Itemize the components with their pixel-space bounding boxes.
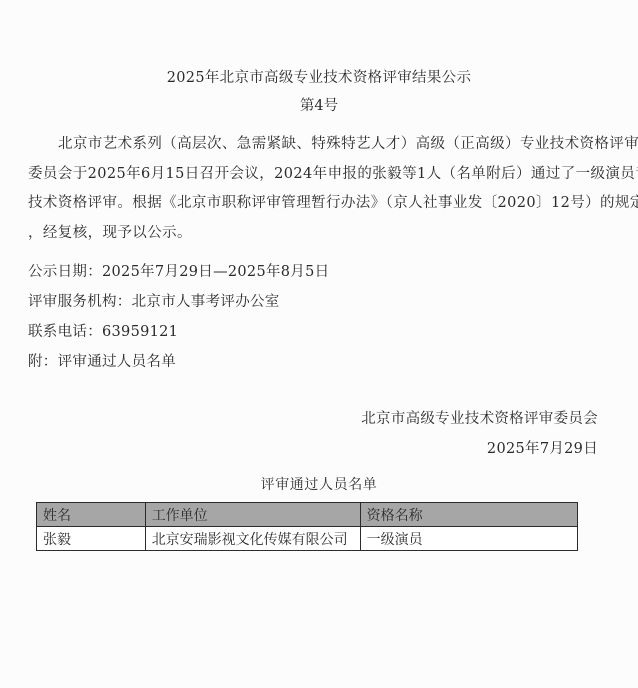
roster-table: 姓名 工作单位 资格名称 张毅 北京安瑞影视文化传媒有限公司 一级演员 <box>36 502 578 551</box>
announcement-body: 北京市艺术系列（高层次、急需紧缺、特殊特艺人才）高级（正高级）专业技术资格评审 … <box>28 130 600 248</box>
body-line: 北京市艺术系列（高层次、急需紧缺、特殊特艺人才）高级（正高级）专业技术资格评审 <box>28 130 600 160</box>
service-agency: 评审服务机构：北京市人事考评办公室 <box>28 290 280 311</box>
body-line: 技术资格评审。根据《北京市职称评审管理暂行办法》（京人社事业发〔2020〕12号… <box>28 189 600 219</box>
column-header-qualification: 资格名称 <box>360 503 577 527</box>
table-header-row: 姓名 工作单位 资格名称 <box>37 503 578 527</box>
roster-caption: 评审通过人员名单 <box>0 474 638 494</box>
signature-date: 2025年7月29日 <box>487 437 598 458</box>
column-header-employer: 工作单位 <box>145 503 360 527</box>
document-number: 第4号 <box>0 94 638 115</box>
document-title: 2025年北京市高级专业技术资格评审结果公示 <box>0 66 638 87</box>
announcement-page: 2025年北京市高级专业技术资格评审结果公示 第4号 北京市艺术系列（高层次、急… <box>0 0 638 688</box>
column-header-name: 姓名 <box>37 503 146 527</box>
publicity-period: 公示日期：2025年7月29日—2025年8月5日 <box>28 260 329 281</box>
table-row: 张毅 北京安瑞影视文化传媒有限公司 一级演员 <box>37 527 578 551</box>
body-line: ，经复核，现予以公示。 <box>28 219 600 249</box>
attachment-note: 附：评审通过人员名单 <box>28 350 176 371</box>
signature-org: 北京市高级专业技术资格评审委员会 <box>361 407 598 428</box>
cell-qualification: 一级演员 <box>360 527 577 551</box>
cell-name: 张毅 <box>37 527 146 551</box>
contact-phone: 联系电话：63959121 <box>28 320 178 341</box>
body-line: 委员会于2025年6月15日召开会议，2024年申报的张毅等1人（名单附后）通过… <box>28 160 600 190</box>
cell-employer: 北京安瑞影视文化传媒有限公司 <box>145 527 360 551</box>
